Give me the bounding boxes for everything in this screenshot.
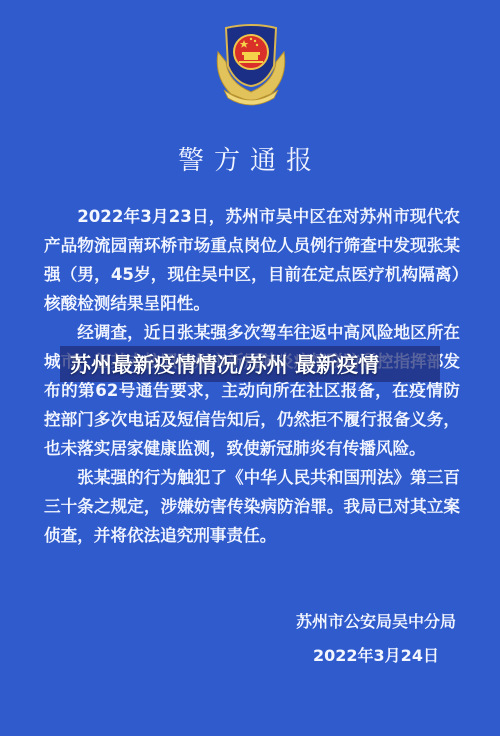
caption-overlay-banner: 苏州最新疫情情况/苏州 最新疫情 [60, 346, 440, 382]
notice-paragraph: 经调查，近日张某强多次驾车往返中高风险地区所在城市，但其未按照苏州市新冠肺炎疫情… [44, 318, 460, 463]
notice-signature: 苏州市公安局吴中分局 2022年3月24日 [296, 605, 456, 673]
notice-paragraph: 张某强的行为触犯了《中华人民共和国刑法》第三百三十条之规定，涉嫌妨害传染病防治罪… [44, 463, 460, 550]
issue-date: 2022年3月24日 [296, 639, 456, 673]
caption-text: 苏州最新疫情情况/苏州 最新疫情 [70, 349, 379, 379]
police-notice-page: 警方通报 2022年3月23日，苏州市吴中区在对苏州市现代农产品物流园南环桥市场… [0, 0, 500, 736]
issuing-organization: 苏州市公安局吴中分局 [296, 605, 456, 639]
police-badge-icon [206, 22, 296, 112]
notice-title: 警方通报 [0, 140, 500, 177]
notice-paragraph: 2022年3月23日，苏州市吴中区在对苏州市现代农产品物流园南环桥市场重点岗位人… [44, 202, 460, 318]
